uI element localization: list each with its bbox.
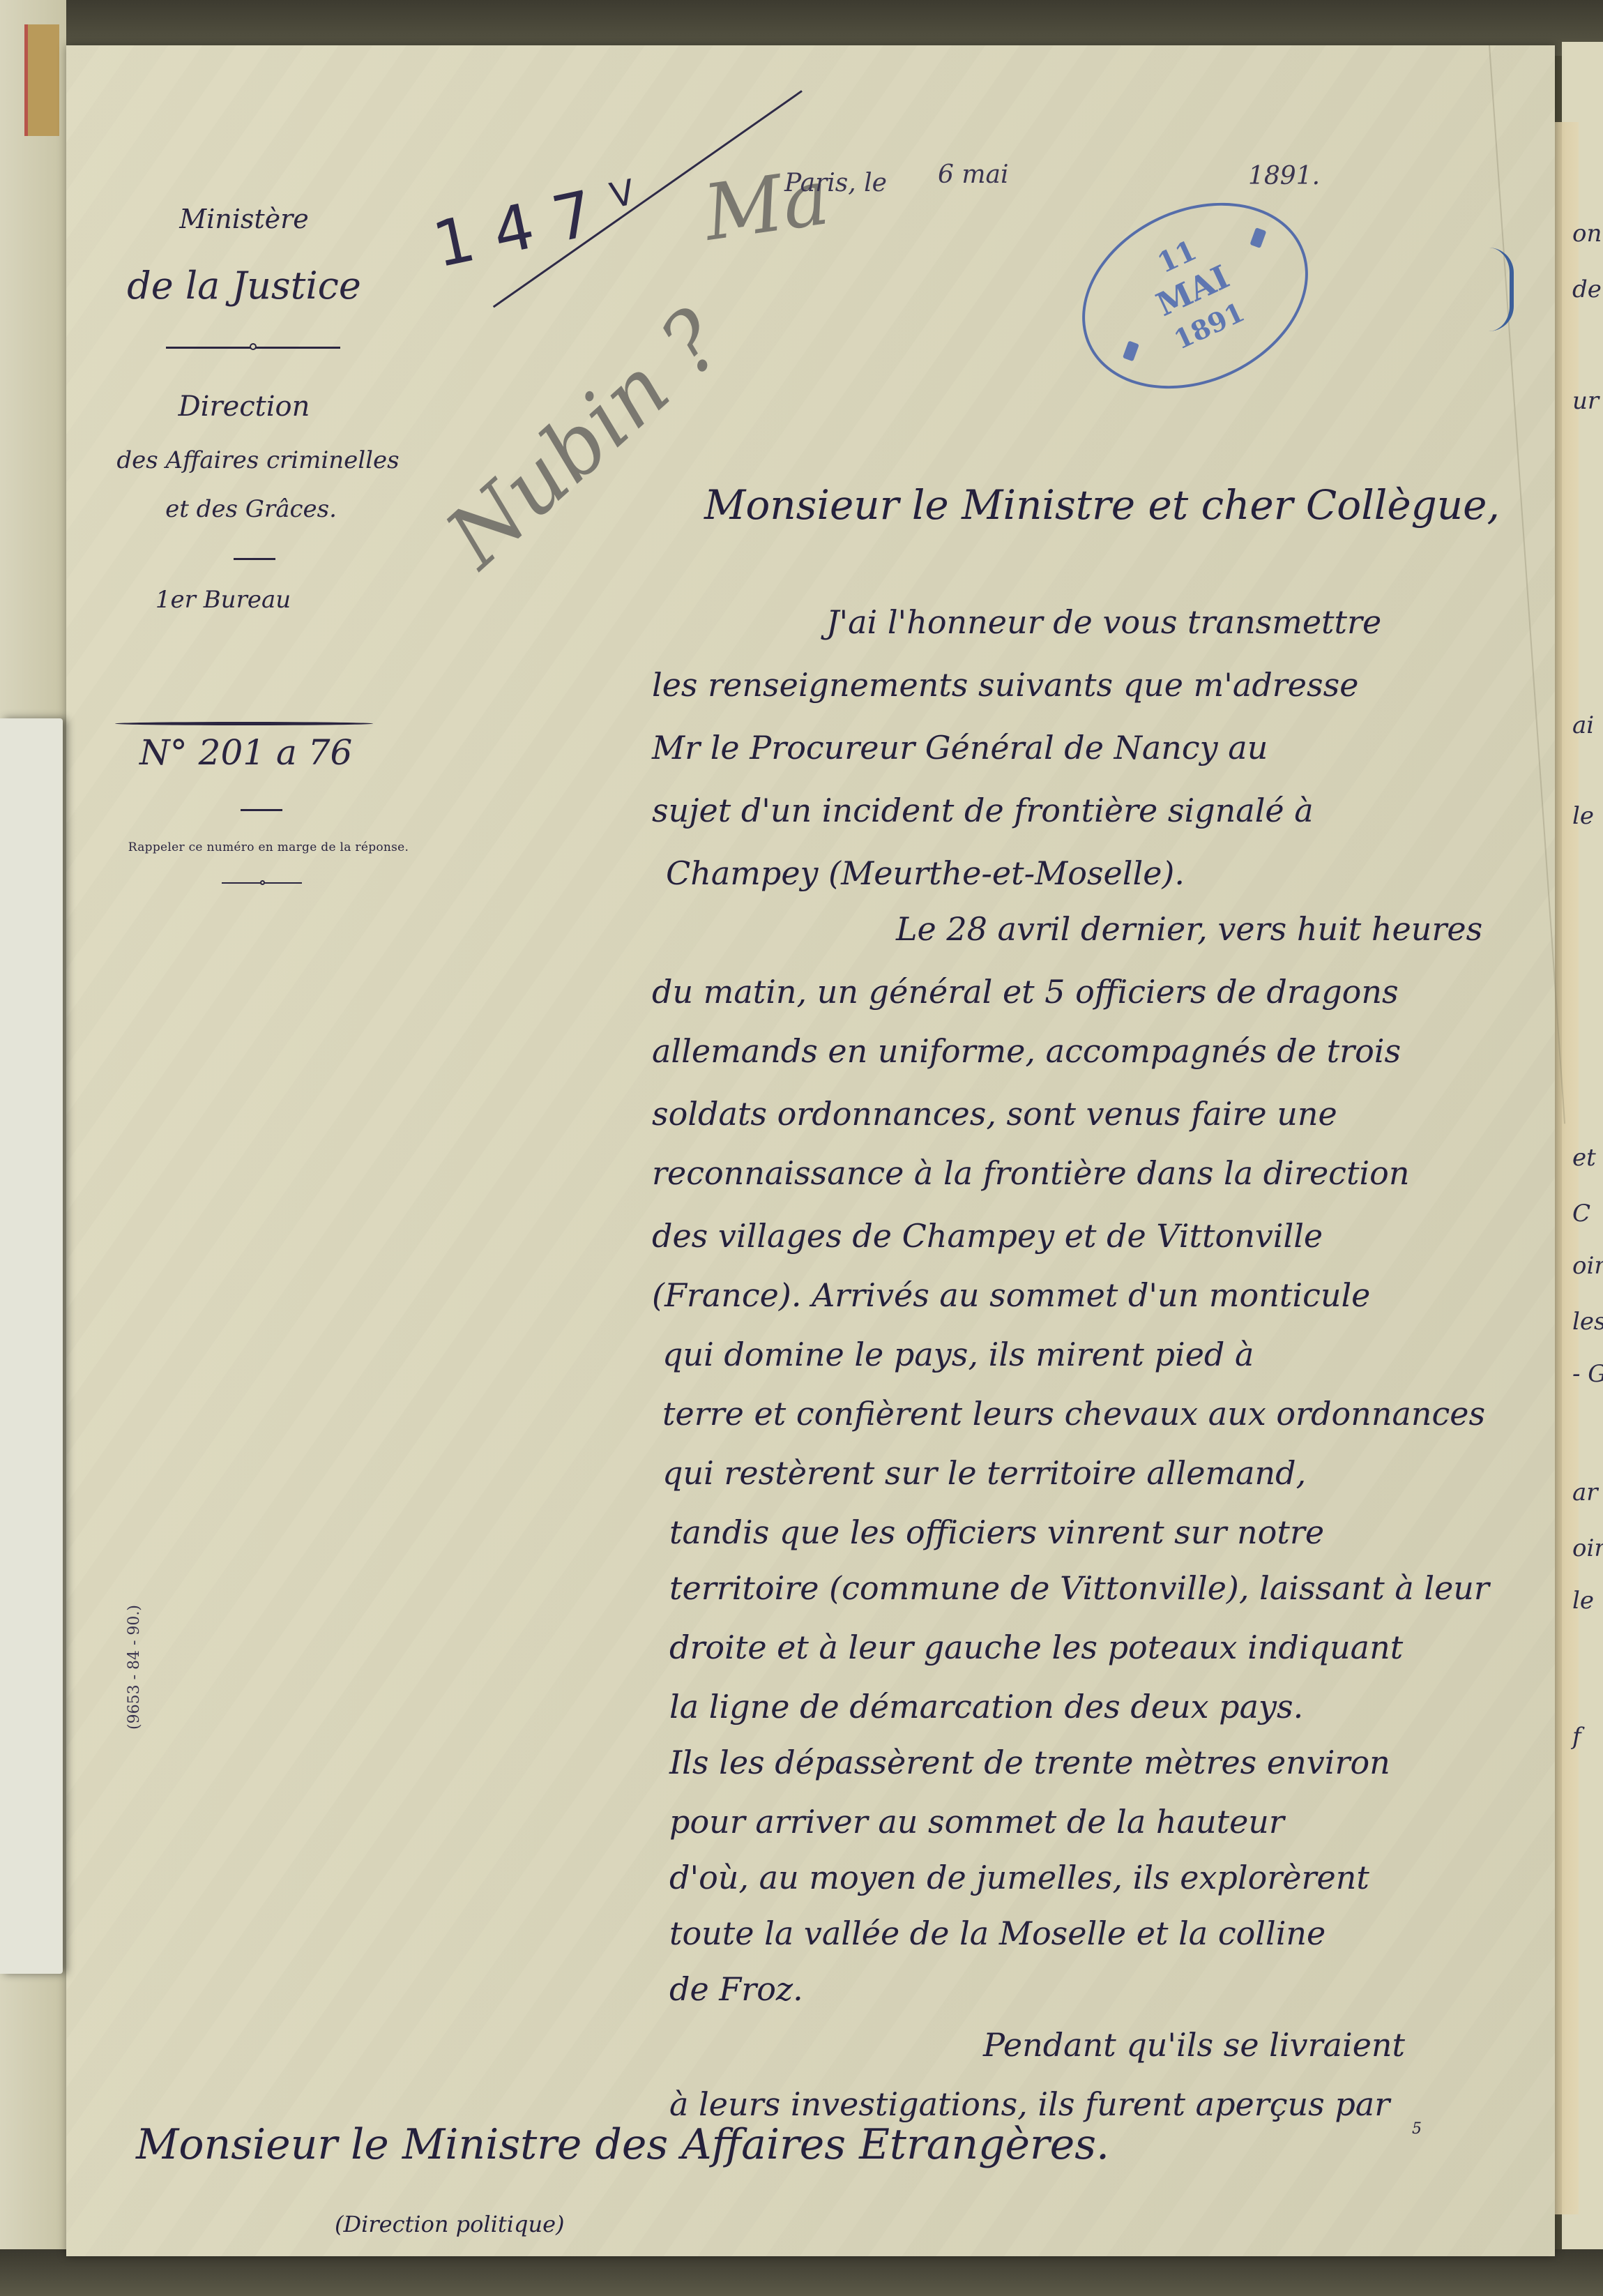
- numero-value: 201 a 76: [199, 732, 353, 773]
- right-edge-fragment: de: [1572, 275, 1602, 303]
- body-line: les renseignements suivants que m'adress…: [652, 666, 1358, 704]
- body-line: allemands en uniforme, accompagnés de tr…: [652, 1032, 1401, 1070]
- body-line: soldats ordonnances, sont venus faire un…: [652, 1095, 1337, 1133]
- body-line: la ligne de démarcation des deux pays.: [669, 1688, 1303, 1725]
- background-white-card: [0, 718, 63, 1974]
- short-divider-2: [241, 809, 282, 811]
- body-line: reconnaissance à la frontière dans la di…: [652, 1154, 1409, 1192]
- right-edge-fragment: le: [1572, 802, 1594, 830]
- body-line: sujet d'un incident de frontière signalé…: [652, 792, 1314, 829]
- body-line: (France). Arrivés au sommet d'un monticu…: [652, 1276, 1370, 1314]
- date-place: Paris, le: [784, 169, 887, 197]
- right-edge-fragment: oir: [1572, 1252, 1603, 1280]
- date-day-month: 6 mai: [938, 160, 1008, 189]
- ornament-divider: [166, 347, 340, 349]
- right-edge-fragment: oir: [1572, 1534, 1603, 1562]
- ornament-divider-3: [222, 882, 302, 884]
- body-line: toute la vallée de la Moselle et la coll…: [669, 1914, 1325, 1952]
- body-line: Pendant qu'ils se livraient: [983, 2026, 1405, 2064]
- letterhead-affaires: des Affaires criminelles: [84, 446, 432, 474]
- right-edge-fragment: ai: [1572, 711, 1594, 739]
- paper-fold-line: [1489, 45, 1565, 1124]
- body-line: territoire (commune de Vittonville), lai…: [669, 1569, 1489, 1607]
- letterhead-direction: Direction: [112, 391, 377, 423]
- date-year: 1891.: [1248, 162, 1320, 190]
- background-folder-tab: [24, 24, 59, 136]
- body-line: qui restèrent sur le territoire allemand…: [662, 1454, 1306, 1492]
- right-edge-fragment: les: [1572, 1308, 1603, 1336]
- numero-label: N°: [139, 732, 188, 773]
- body-line: Champey (Meurthe-et-Moselle).: [666, 854, 1185, 892]
- body-line: qui domine le pays, ils mirent pied à: [662, 1336, 1254, 1373]
- right-edge-fragment: C: [1572, 1200, 1590, 1228]
- body-line: d'où, au moyen de jumelles, ils explorèr…: [669, 1859, 1369, 1896]
- body-line: terre et confièrent leurs chevaux aux or…: [662, 1395, 1485, 1433]
- body-line: Mr le Procureur Général de Nancy au: [652, 729, 1268, 766]
- body-line: J'ai l'honneur de vous transmettre: [826, 603, 1381, 641]
- right-edge-fragment: ur: [1572, 387, 1599, 415]
- page-number-mark: 5: [1412, 2120, 1422, 2138]
- body-line: droite et à leur gauche les poteaux indi…: [669, 1629, 1403, 1666]
- body-line: des villages de Champey et de Vittonvill…: [652, 1217, 1323, 1255]
- right-edge-fragment: - G: [1572, 1360, 1603, 1388]
- right-edge-fragment: le: [1572, 1587, 1594, 1615]
- background-shadow-bottom: [0, 2249, 1603, 2296]
- letterhead-ministry: Ministère: [112, 204, 377, 234]
- ornament-divider-2: [115, 722, 373, 725]
- blue-bracket-mark: [1489, 248, 1514, 331]
- right-edge-fragment: ar: [1572, 1479, 1598, 1506]
- body-line: Ils les dépassèrent de trente mètres env…: [669, 1744, 1390, 1781]
- body-line: du matin, un général et 5 officiers de d…: [652, 973, 1399, 1011]
- body-line: tandis que les officiers vinrent sur not…: [669, 1513, 1324, 1551]
- body-line: de Froz.: [669, 1970, 803, 2008]
- letterhead-graces: et des Grâces.: [112, 495, 390, 523]
- body-line: à leurs investigations, ils furent aperç…: [669, 2085, 1390, 2123]
- right-edge-fragment: f: [1572, 1723, 1581, 1751]
- body-line: Le 28 avril dernier, vers huit heures: [896, 910, 1482, 948]
- salutation: Monsieur le Ministre et cher Collègue,: [704, 481, 1500, 529]
- body-line: pour arriver au sommet de la hauteur: [669, 1803, 1284, 1841]
- right-edge-fragment: on: [1572, 220, 1602, 248]
- rappel-note: Rappeler ce numéro en marge de la répons…: [105, 840, 432, 854]
- letterhead-bureau: 1er Bureau: [105, 586, 342, 614]
- right-edge-fragment: et: [1572, 1144, 1596, 1172]
- addressee: Monsieur le Ministre des Affaires Etrang…: [136, 2120, 1109, 2169]
- printer-mark: (9653 - 84 - 90.): [126, 1605, 143, 1730]
- short-divider: [234, 558, 275, 560]
- letterhead-justice: de la Justice: [98, 264, 390, 308]
- addressee-subtitle: (Direction politique): [335, 2211, 565, 2237]
- pencil-annotation-top: Ma: [699, 152, 834, 258]
- letterhead-numero: N° 201 a 76: [139, 732, 404, 773]
